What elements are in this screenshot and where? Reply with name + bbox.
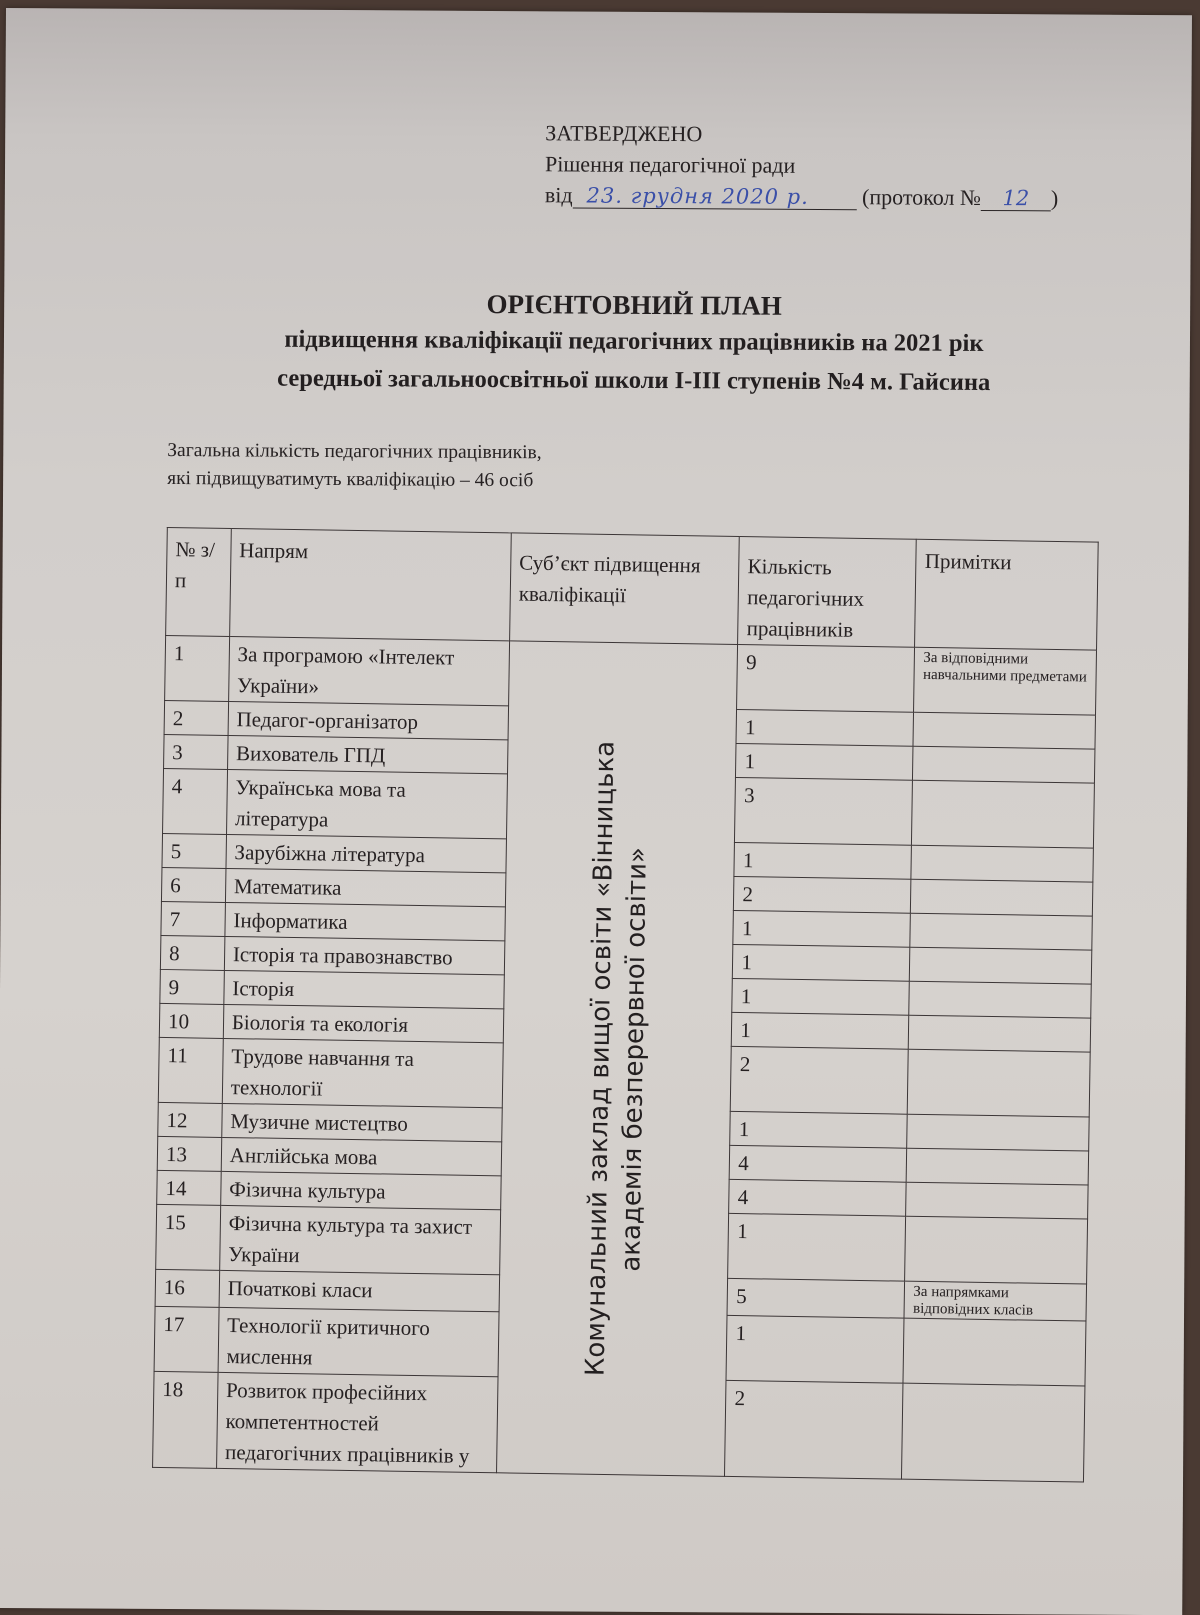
row-direction: Українська мова та література bbox=[226, 769, 507, 838]
approved-label: ЗАТВЕРДЖЕНО bbox=[545, 117, 1059, 151]
row-direction: Фізична культура bbox=[220, 1171, 501, 1209]
document-subtitle-2: середньої загальноосвітньої школи І-ІІІ … bbox=[154, 364, 1114, 398]
row-direction: Початкові класи bbox=[219, 1270, 500, 1311]
row-note bbox=[908, 1049, 1091, 1117]
header-notes: Примітки bbox=[915, 539, 1098, 650]
protocol-suffix: ) bbox=[1051, 185, 1058, 210]
row-note bbox=[909, 1015, 1091, 1052]
row-direction: Історія та правознавство bbox=[224, 936, 505, 974]
header-subject: Суб’єкт підвищення кваліфікації bbox=[510, 533, 740, 645]
row-number: 4 bbox=[163, 768, 228, 834]
row-direction: Технології критичного мислення bbox=[218, 1307, 499, 1376]
decision-label: Рішення педагогічної ради bbox=[545, 148, 1059, 182]
table-body: 1За програмою «Інтелект України»Комуналь… bbox=[153, 635, 1097, 1482]
row-number: 5 bbox=[162, 833, 226, 868]
plan-table: № з/п Напрям Суб’єкт підвищення кваліфік… bbox=[152, 527, 1099, 1483]
header-no: № з/п bbox=[166, 527, 231, 636]
document: ЗАТВЕРДЖЕНО Рішення педагогічної ради ві… bbox=[0, 8, 1192, 1600]
row-note bbox=[903, 1318, 1086, 1386]
approval-block: ЗАТВЕРДЖЕНО Рішення педагогічної ради ві… bbox=[545, 117, 1059, 213]
row-direction: Вихователь ГПД bbox=[227, 735, 508, 773]
row-note: За відповідними навчальними предметами bbox=[914, 647, 1097, 715]
summary-line-2: які підвищуватимуть кваліфікацію – 46 ос… bbox=[167, 465, 541, 495]
row-note bbox=[905, 1216, 1088, 1284]
total-staff-summary: Загальна кількість педагогічних працівни… bbox=[167, 437, 542, 495]
row-number: 6 bbox=[161, 867, 225, 902]
row-count: 1 bbox=[732, 978, 910, 1015]
row-count: 1 bbox=[736, 709, 914, 746]
provider-name: Комунальний заклад вищої освіти «Вінниць… bbox=[578, 741, 656, 1377]
row-direction: Математика bbox=[225, 868, 506, 906]
row-direction: Англійська мова bbox=[221, 1137, 502, 1175]
row-number: 11 bbox=[158, 1037, 223, 1103]
row-count: 1 bbox=[730, 1111, 908, 1148]
row-note bbox=[907, 1114, 1089, 1151]
from-label: від bbox=[545, 182, 573, 207]
row-note bbox=[902, 1383, 1085, 1482]
row-number: 1 bbox=[165, 635, 230, 701]
row-number: 8 bbox=[160, 935, 224, 970]
row-count: 4 bbox=[730, 1145, 908, 1182]
row-number: 16 bbox=[155, 1269, 219, 1307]
row-note bbox=[912, 780, 1095, 848]
header-direction: Напрям bbox=[229, 529, 511, 641]
row-number: 14 bbox=[157, 1170, 221, 1205]
row-direction: Трудове навчання та технології bbox=[222, 1038, 503, 1107]
row-note bbox=[907, 1148, 1089, 1185]
row-count: 2 bbox=[734, 876, 912, 913]
row-note bbox=[906, 1182, 1088, 1219]
row-number: 15 bbox=[156, 1204, 221, 1270]
document-subtitle-1: підвищення кваліфікації педагогічних пра… bbox=[154, 325, 1114, 359]
row-direction: Музичне мистецтво bbox=[222, 1103, 503, 1141]
row-count: 4 bbox=[729, 1179, 907, 1216]
row-count: 2 bbox=[731, 1046, 909, 1114]
row-direction: Педагог-організатор bbox=[228, 701, 509, 739]
paper-sheet: ЗАТВЕРДЖЕНО Рішення педагогічної ради ві… bbox=[0, 8, 1192, 1600]
row-number: 2 bbox=[164, 700, 228, 735]
row-count: 1 bbox=[732, 1012, 910, 1049]
row-note bbox=[913, 746, 1095, 783]
summary-line-1: Загальна кількість педагогічних працівни… bbox=[167, 437, 541, 467]
row-count: 5 bbox=[727, 1278, 905, 1318]
handwritten-date: 23. грудня 2020 р. bbox=[572, 183, 856, 210]
row-number: 10 bbox=[159, 1003, 223, 1038]
row-number: 9 bbox=[160, 969, 224, 1004]
row-number: 12 bbox=[158, 1102, 222, 1137]
row-note bbox=[911, 879, 1093, 916]
row-note bbox=[913, 712, 1095, 749]
row-count: 2 bbox=[725, 1380, 904, 1479]
row-direction: Фізична культура та захист України bbox=[219, 1205, 500, 1274]
row-number: 17 bbox=[154, 1306, 219, 1372]
protocol-prefix: (протокол № bbox=[862, 184, 981, 210]
row-direction: Біологія та екологія bbox=[223, 1004, 504, 1042]
row-count: 1 bbox=[736, 743, 914, 780]
handwritten-protocol-number: 12 bbox=[981, 186, 1051, 211]
row-number: 18 bbox=[153, 1371, 218, 1468]
row-count: 1 bbox=[733, 910, 911, 947]
row-note bbox=[909, 981, 1091, 1018]
row-direction: За програмою «Інтелект України» bbox=[228, 636, 509, 705]
row-count: 1 bbox=[734, 842, 912, 879]
row-count: 3 bbox=[735, 777, 913, 845]
row-note bbox=[910, 947, 1092, 984]
row-direction: Розвиток професійних компетентностей пед… bbox=[216, 1372, 498, 1472]
row-count: 9 bbox=[737, 644, 915, 712]
row-count: 1 bbox=[726, 1315, 904, 1383]
row-direction: Зарубіжна література bbox=[226, 834, 507, 872]
document-title: ОРІЄНТОВНИЙ ПЛАН bbox=[154, 287, 1114, 324]
row-number: 13 bbox=[157, 1136, 221, 1171]
row-direction: Історія bbox=[224, 970, 505, 1008]
table-header-row: № з/п Напрям Суб’єкт підвищення кваліфік… bbox=[166, 527, 1099, 650]
row-note bbox=[910, 913, 1092, 950]
row-count: 1 bbox=[728, 1213, 906, 1281]
row-note: За напрямками відповідних класів bbox=[904, 1281, 1086, 1321]
row-direction: Інформатика bbox=[225, 902, 506, 940]
row-number: 7 bbox=[161, 901, 225, 936]
header-count: Кількість педагогічних працівників bbox=[738, 536, 917, 647]
approval-date-line: від23. грудня 2020 р. (протокол №12) bbox=[545, 179, 1059, 213]
row-number: 3 bbox=[164, 734, 228, 769]
row-note bbox=[911, 845, 1093, 882]
provider-cell: Комунальний заклад вищої освіти «Вінниць… bbox=[496, 641, 737, 1476]
row-count: 1 bbox=[733, 944, 911, 981]
